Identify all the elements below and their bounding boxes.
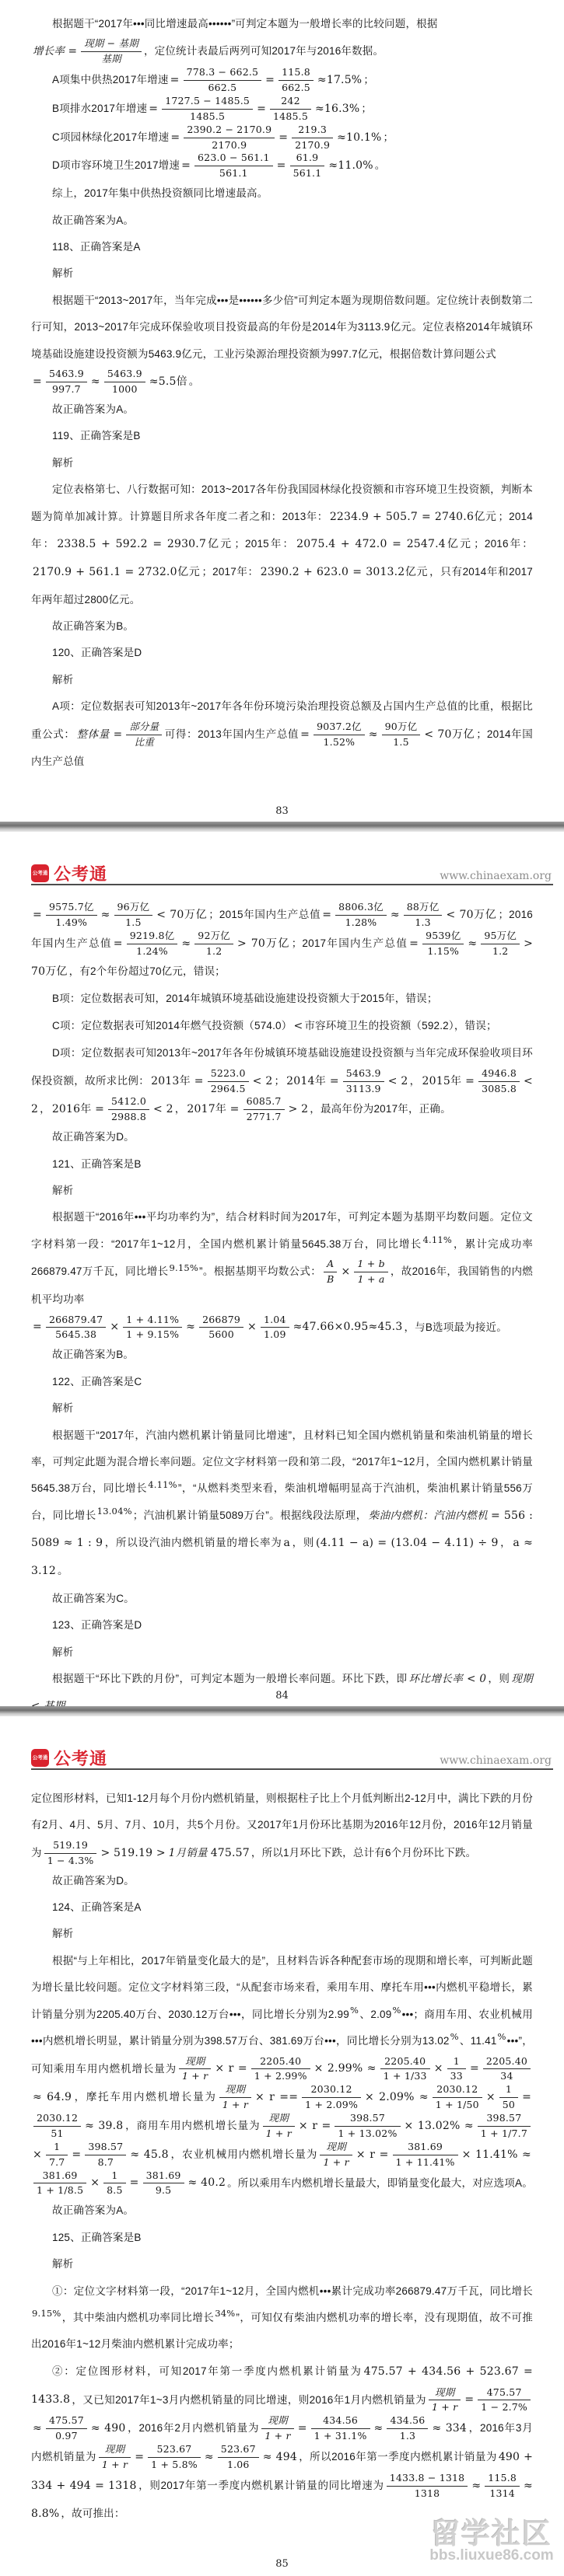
fraction-numerator: 现期: [219, 2083, 251, 2098]
fraction: 现期1 + r: [429, 2386, 461, 2415]
text-run: ②：定位图形材料，可知2017年第一季度内燃机累计销量为: [52, 2365, 363, 2377]
text-run: 。: [189, 375, 200, 387]
fraction-denominator: 1 + 9.15%: [123, 1328, 182, 1342]
fraction: 17.7: [46, 2141, 68, 2169]
paragraph: C项园林绿化2017年增速=2390.2 − 2170.92170.9=219.…: [31, 124, 533, 152]
text-run: 123、正确答案是D: [52, 1619, 142, 1631]
fraction-numerator: 8806.3亿: [335, 901, 387, 916]
fraction-denominator: B: [324, 1272, 337, 1286]
math-run: ≈47.66×0.95≈45.3: [292, 1321, 405, 1333]
fraction-numerator: 95万亿: [481, 930, 520, 944]
fraction-numerator: 现期: [179, 2055, 211, 2070]
text-run: 市容环境卫生的投资额（592.2），错误；: [304, 1020, 496, 1031]
fraction-numerator: 381.69: [143, 2169, 184, 2184]
superscript-percent: 34%: [214, 2308, 236, 2319]
fraction: 2390.2 − 2170.92170.9: [184, 124, 275, 152]
text-run: 故正确答案为C。: [52, 1593, 135, 1604]
text-run: 。: [58, 1565, 68, 1576]
fraction-numerator: 2030.12: [302, 2083, 361, 2098]
page-number: 84: [0, 1690, 564, 1702]
fraction-numerator: 219.3: [292, 124, 333, 138]
fraction-denominator: 1.5: [382, 735, 421, 749]
fraction: 9575.7亿1.49%: [46, 901, 97, 930]
paragraph: 125、正确答案是B: [31, 2225, 533, 2251]
fraction-numerator: 4946.8: [478, 1067, 520, 1082]
fraction-denominator: 1.28%: [335, 916, 387, 930]
fraction: 现期1 + r: [261, 2414, 293, 2443]
fraction-numerator: 475.57: [46, 2414, 87, 2429]
text-run: C项：定位数据表可知2014年燃气投资额（574.0）: [52, 1020, 292, 1031]
text-run: 解析: [52, 674, 73, 686]
fraction: 115.81314: [485, 2472, 520, 2501]
math-run: 2015年 =: [421, 1075, 477, 1087]
gongkaotong-logo-icon: 公考通: [31, 864, 49, 882]
text-run: 解析: [52, 1185, 73, 1196]
math-run: ×: [485, 2091, 497, 2103]
paragraph: 故正确答案为D。: [31, 1868, 533, 1894]
fraction-numerator: 623.0 − 561.1: [194, 152, 273, 166]
fraction-denominator: 5645.38: [46, 1328, 106, 1342]
text-run: ；2017年国内生产总值: [292, 937, 408, 949]
text-run: ；: [274, 1075, 285, 1087]
fraction-numerator: 398.57: [85, 2141, 126, 2155]
math-run: ×: [433, 2062, 445, 2075]
fraction: 9539亿1.15%: [422, 930, 464, 958]
text-run: 124、正确答案是A: [52, 1901, 142, 1913]
fraction-numerator: 398.57: [478, 2112, 531, 2127]
math-run: 2013年 =: [149, 1075, 205, 1087]
math-run: ×: [31, 2148, 44, 2161]
fraction-denominator: 1 − 2.7%: [478, 2400, 531, 2414]
math-run: ×: [246, 1321, 258, 1333]
math-run: 2016年 =: [51, 1103, 106, 1115]
paragraph: 定位表格第七、八行数据可知：2013~2017各年份我国园林绿化投资额和市容环境…: [31, 476, 533, 613]
math-run: =: [408, 937, 420, 950]
paragraph: 解析: [31, 667, 533, 693]
fraction-denominator: 34: [483, 2069, 531, 2083]
paragraph: ①：定位文字材料第一段，“2017年1~12月，全国内燃机•••累计完成功率26…: [31, 2278, 533, 2358]
fraction: 现期1 + r: [179, 2055, 211, 2084]
math-run: ≈17.5%: [316, 74, 363, 86]
fraction-denominator: 662.5: [184, 81, 262, 95]
paragraph: B项：定位数据表可知，2014年城镇环境基础设施建设投资额大于2015年，错误；: [31, 986, 533, 1012]
math-run: ≈16.3%: [314, 103, 361, 115]
fraction-denominator: 1000: [104, 382, 145, 396]
fraction: 现期1 + r: [320, 2141, 352, 2169]
math-run: × r =: [355, 2148, 391, 2161]
math-run: 2170.9 + 561.1 = 2732.0亿元: [31, 566, 201, 578]
fraction: 9219.8亿1.24%: [127, 930, 178, 958]
text-run: 故正确答案为B。: [52, 1349, 134, 1360]
fraction: 519.191 − 4.3%: [44, 1839, 97, 1868]
text-run: ，: [40, 1103, 51, 1115]
text-run: 根据题干“2017年•••同比增速最高••••••”可判定本题为一般增长率的比较…: [52, 18, 438, 30]
math-run: =: [31, 909, 44, 921]
fraction: 398.578.7: [85, 2141, 126, 2169]
math-run: < 2: [387, 1075, 410, 1087]
fraction: 8806.3亿1.28%: [335, 901, 387, 930]
fraction-denominator: 1.2: [194, 944, 233, 958]
paragraph: 故正确答案为B。: [31, 613, 533, 640]
paragraph: 122、正确答案是C: [31, 1369, 533, 1395]
paragraph: B项排水2017年增速=1727.5 − 1485.51485.5=242148…: [31, 95, 533, 124]
fraction: 5463.93113.9: [343, 1067, 384, 1096]
math-run: ×: [339, 1265, 352, 1278]
paragraph: 综上，2017年集中供热投资额同比增速最高。: [31, 180, 533, 207]
math-run: =: [169, 131, 181, 144]
text-run: ”。根据基期平均数公式：: [199, 1265, 321, 1277]
paragraph: C项：定位数据表可知2014年燃气投资额（574.0）<市容环境卫生的投资额（5…: [31, 1013, 533, 1041]
fraction: AB: [324, 1258, 337, 1286]
math-run: =: [70, 2148, 82, 2161]
math-run: ≈ 494: [261, 2451, 299, 2463]
fraction-denominator: 1 + 1/33: [380, 2069, 430, 2083]
math-run: ≈: [89, 375, 102, 388]
fraction-numerator: 1: [447, 2055, 466, 2070]
fraction-denominator: 5600: [199, 1328, 243, 1342]
fraction-numerator: 523.67: [218, 2443, 259, 2458]
fraction-numerator: 9219.8亿: [127, 930, 178, 944]
fraction: 2030.121 + 1/50: [433, 2083, 482, 2112]
fraction: 1 + b1 + a: [354, 1258, 387, 1286]
fraction-numerator: 6085.7: [243, 1095, 285, 1110]
fraction: 1 + 4.11%1 + 9.15%: [123, 1314, 182, 1342]
text-run: ；: [361, 103, 372, 114]
text-run: ，: [500, 1537, 512, 1548]
fraction-numerator: 1: [46, 2141, 68, 2155]
page-separator-bar: [0, 1706, 564, 1716]
brand-title: 公考通: [54, 1746, 107, 1770]
math-run: =: [296, 2422, 309, 2435]
math-run: > 70万亿: [236, 937, 292, 950]
fraction-denominator: 3113.9: [343, 1082, 384, 1096]
fraction-numerator: 434.56: [311, 2414, 370, 2429]
paragraph: A项：定位数据表可知2013年~2017年各年份环境污染治理投资总额及占国内生产…: [31, 693, 533, 776]
math-run: =: [468, 2062, 481, 2075]
math-run: < 70万亿: [155, 909, 208, 921]
fraction-numerator: 778.3 − 662.5: [184, 66, 262, 81]
text-run: B项：定位数据表可知，2014年城镇环境基础设施建设投资额大于2015年，错误；: [52, 993, 438, 1004]
text-run: 故正确答案为A。: [52, 215, 134, 226]
paragraph: D项：定位数据表可知2013年~2017年各年份城镇环境基础设施建设投资额与当年…: [31, 1040, 533, 1124]
math-run: > 2: [287, 1103, 310, 1115]
fraction: 5463.9997.7: [46, 368, 87, 396]
page-83: 根据题干“2017年•••同比增速最高••••••”可判定本题为一般增长率的比较…: [0, 0, 564, 822]
paragraph: 119、正确答案是B: [31, 423, 533, 449]
math-run: ≈: [367, 728, 380, 741]
fraction-numerator: 2390.2 − 2170.9: [184, 124, 275, 138]
math-run: ≈: [470, 2480, 482, 2492]
text-run: ，: [410, 1075, 421, 1087]
text-run: 故正确答案为A。: [52, 2204, 134, 2216]
math-run: × r =: [213, 2062, 248, 2075]
fraction-denominator: 1 + 1/8.5: [33, 2183, 86, 2197]
math-term: 1月销量: [167, 1847, 209, 1859]
math-run: =: [255, 103, 268, 115]
fraction-numerator: 1 + b: [354, 1258, 387, 1272]
fraction-denominator: 1.06: [218, 2458, 259, 2472]
fraction: 5463.91000: [104, 368, 145, 396]
text-run: ，商用车用内燃机增长量为: [124, 2120, 260, 2131]
superscript-percent: %: [391, 2005, 401, 2016]
fraction-numerator: 115.8: [485, 2472, 520, 2487]
fraction-numerator: A: [324, 1258, 337, 1272]
text-run: 、2.09: [359, 2009, 391, 2020]
fraction-denominator: 1314: [485, 2487, 520, 2501]
site-header: 公考通公考通www.chinaexam.org: [0, 1716, 564, 1775]
superscript-percent: %: [497, 2031, 507, 2042]
text-run: ，定位统计表最后两列可知2017年与2016年数据。: [144, 45, 384, 57]
fraction-denominator: 比重: [126, 735, 162, 749]
math-run: ≈10.1%: [335, 131, 383, 144]
fraction-numerator: 5223.0: [208, 1067, 249, 1082]
fraction: 2030.1251: [33, 2112, 81, 2141]
math-run: ≈5.5倍: [148, 375, 189, 388]
fraction: 2030.121 + 2.09%: [302, 2083, 361, 2112]
math-run: ≈: [466, 937, 478, 950]
text-run: 故正确答案为D。: [52, 1875, 135, 1887]
text-run: 118、正确答案是A: [52, 241, 141, 253]
fraction-numerator: 现期: [320, 2141, 352, 2155]
fraction: 434.561 + 31.1%: [311, 2414, 370, 2443]
fraction-numerator: 96万亿: [114, 901, 153, 916]
fraction-numerator: 523.67: [148, 2443, 201, 2458]
fraction-numerator: 2030.12: [33, 2112, 81, 2127]
superscript-percent: %: [349, 2005, 359, 2016]
fraction-denominator: 9.5: [143, 2183, 184, 2197]
text-run: ，所以2016年第一季度内燃机累计销量为: [299, 2451, 497, 2463]
fraction: 1433.8 − 13181318: [387, 2472, 468, 2501]
text-run: ，有2个年份超过70亿元，错误；: [69, 965, 226, 977]
fraction-denominator: 1 + r: [261, 2429, 293, 2443]
math-run: 2338.5 + 592.2 = 2930.7亿元: [55, 538, 234, 550]
text-run: ，则: [488, 1673, 510, 1684]
fraction-denominator: 1.2: [481, 944, 520, 958]
math-term: 柴油内燃机：汽油内燃机: [367, 1510, 489, 1522]
math-run: × 11.41% ≈: [461, 2148, 533, 2161]
text-run: ，最高年份为2017年，正确。: [310, 1103, 451, 1115]
paragraph: 120、正确答案是D: [31, 640, 533, 666]
fraction-denominator: 1 + r: [263, 2127, 295, 2141]
math-run: =: [275, 159, 288, 172]
superscript-percent: 13.04%: [96, 1506, 133, 1517]
paragraph: 根据“与上年相比，2017年销量变化最大的是”，且材料告诉各种配套市场的现期和增…: [31, 1948, 533, 2197]
fraction-denominator: 1 + r: [320, 2155, 352, 2169]
fraction-numerator: 现期: [99, 2443, 131, 2458]
math-run: ×: [108, 1321, 121, 1333]
fraction-denominator: 1.15%: [422, 944, 464, 958]
text-run: 解析: [52, 2258, 73, 2270]
paragraph: 故正确答案为A。: [31, 2197, 533, 2224]
fraction-numerator: 115.8: [278, 66, 314, 81]
paragraph: 故正确答案为A。: [31, 208, 533, 234]
text-run: 综上，2017年集中供热投资额同比增速最高。: [52, 187, 268, 199]
fraction-denominator: 基期: [81, 52, 142, 66]
paragraph: =9575.7亿1.49%≈96万亿1.5< 70万亿；2015年国内生产总值=…: [31, 901, 533, 986]
text-run: ，所以设汽油内燃机销量的增长率为: [104, 1537, 282, 1548]
fraction-numerator: 1.04: [261, 1314, 289, 1328]
text-run: ；2015年：: [234, 538, 295, 550]
fraction-denominator: 1.3: [387, 2429, 428, 2443]
fraction-denominator: 1 + r: [219, 2098, 251, 2112]
superscript-percent: 4.11%: [147, 1479, 178, 1490]
math-run: 2075.4 + 472.0 = 2547.4亿元: [295, 538, 474, 550]
text-run: 119、正确答案是B: [52, 430, 141, 442]
page-number: 85: [0, 2558, 564, 2570]
math-run: =: [264, 74, 276, 86]
paragraph: 增长率 =现期 − 基期基期，定位统计表最后两列可知2017年与2016年数据。: [31, 37, 533, 66]
text-run: C项园林绿化2017年增速: [52, 131, 169, 143]
fraction-denominator: 1 + 1/7.7: [478, 2127, 531, 2141]
fraction-denominator: 1 + r: [99, 2458, 131, 2472]
paragraph: 解析: [31, 450, 533, 476]
paragraph: 根据题干“2016年•••平均功率约为”，结合材料时间为2017年，可判定本题为…: [31, 1204, 533, 1313]
fraction: 部分量比重: [126, 721, 162, 749]
text-run: 。: [375, 159, 386, 171]
math-run: ≈: [31, 2422, 44, 2435]
text-run: ，所以1月环比下跌，总计有6个月份环比下跌。: [251, 1847, 476, 1859]
fraction: 523.671 + 5.8%: [148, 2443, 201, 2472]
text-run: ，则: [292, 1537, 314, 1548]
fraction-numerator: 现期 − 基期: [81, 37, 142, 52]
text-run: 故正确答案为D。: [52, 1131, 135, 1143]
fraction-numerator: 1 + 4.11%: [123, 1314, 182, 1328]
math-run: ≈: [373, 2422, 385, 2435]
math-run: ≈11.0%: [327, 159, 374, 172]
math-run: =: [31, 375, 44, 388]
fraction-denominator: 1.5: [114, 916, 153, 930]
fraction: 96万亿1.5: [114, 901, 153, 930]
fraction: 475.570.97: [46, 2414, 87, 2443]
fraction: 623.0 − 561.1561.1: [194, 152, 273, 180]
paragraph: 故正确答案为B。: [31, 1342, 533, 1368]
math-run: ≈ 490: [89, 2422, 128, 2435]
math-run: =: [133, 2451, 145, 2463]
fraction-denominator: 1318: [387, 2487, 468, 2501]
math-run: × 2.99% ≈: [313, 2062, 378, 2075]
fraction: 4946.83085.8: [478, 1067, 520, 1096]
math-run: =: [321, 909, 333, 921]
fraction-denominator: 1 + 13.02%: [335, 2127, 400, 2141]
fraction-numerator: 1727.5 − 1485.5: [162, 95, 253, 110]
text-run: 解析: [52, 1402, 73, 1414]
fraction: 5223.02964.5: [208, 1067, 249, 1096]
fraction: 778.3 − 662.5662.5: [184, 66, 262, 95]
fraction-numerator: 398.57: [335, 2112, 400, 2127]
fraction: 88万亿1.3: [404, 901, 443, 930]
text-run: 解析: [52, 267, 73, 279]
fraction-denominator: 2170.9: [292, 138, 333, 152]
fraction: 150: [499, 2083, 518, 2112]
paragraph: 故正确答案为A。: [31, 396, 533, 423]
math-run: 475.57: [209, 1847, 251, 1859]
fraction-numerator: 519.19: [44, 1839, 97, 1854]
fraction: 6085.72771.7: [243, 1095, 285, 1124]
paragraph: =266879.475645.38×1 + 4.11%1 + 9.15%≈266…: [31, 1314, 533, 1342]
math-run: × r ==: [254, 2091, 300, 2103]
fraction: 398.571 + 1/7.7: [478, 2112, 531, 2141]
fraction-denominator: 1.09: [261, 1328, 289, 1342]
text-run: A项集中供热2017年增速: [52, 74, 169, 86]
math-run: =: [31, 1321, 44, 1333]
text-run: ；: [384, 131, 394, 143]
paragraph: 124、正确答案是A: [31, 1894, 533, 1921]
math-run: =: [128, 2176, 141, 2189]
text-run: ，与B选项最为接近。: [404, 1321, 507, 1332]
page-84: =9575.7亿1.49%≈96万亿1.5< 70万亿；2015年国内生产总值=…: [0, 890, 564, 1706]
fraction-numerator: 90万亿: [382, 721, 421, 735]
fraction: 9037.2亿1.52%: [314, 721, 365, 749]
superscript-percent: 9.15%: [168, 1262, 199, 1273]
paragraph: 121、正确答案是B: [31, 1151, 533, 1178]
math-run: =: [299, 728, 311, 741]
fraction: 2421485.5: [270, 95, 311, 124]
math-run: 2390.2 + 623.0 = 3013.2亿元: [259, 566, 429, 578]
fraction: 2668795600: [199, 1314, 243, 1342]
math-term: 整体量 =: [75, 728, 124, 741]
math-run: ≈: [180, 937, 192, 950]
superscript-percent: %: [450, 2031, 460, 2042]
fraction-numerator: 1: [499, 2083, 518, 2098]
fraction-numerator: 9539亿: [422, 930, 464, 944]
fraction-numerator: 9575.7亿: [46, 901, 97, 916]
paragraph: 解析: [31, 1639, 533, 1666]
fraction-denominator: 1 + 5.8%: [148, 2458, 201, 2472]
text-run: ，农业机械用内燃机增长量为: [170, 2148, 318, 2160]
text-run: 解析: [52, 1646, 73, 1658]
paragraph: ②：定位图形材料，可知2017年第一季度内燃机累计销量为475.57 + 434…: [31, 2358, 533, 2528]
fraction: 2205.401 + 1/33: [380, 2055, 430, 2084]
fraction-denominator: 662.5: [278, 81, 314, 95]
fraction-numerator: 434.56: [387, 2414, 428, 2429]
math-run: × 13.02% ≈: [403, 2120, 475, 2132]
math-run: ≈ 39.8: [83, 2120, 124, 2132]
text-run: 根据题干“2013~2017年，当年完成•••是••••••多少倍”可判定本题为…: [31, 295, 533, 360]
fraction-numerator: 5463.9: [46, 368, 87, 382]
text-run: ，其中柴油内燃机功率同比增长: [62, 2312, 215, 2323]
superscript-percent: 4.11%: [422, 1234, 453, 1245]
fraction: 现期1 + r: [219, 2083, 251, 2112]
math-run: ≈ 64.9: [31, 2091, 73, 2103]
paragraph: 故正确答案为C。: [31, 1586, 533, 1612]
fraction: 90万亿1.5: [382, 721, 421, 749]
math-run: =: [520, 2091, 533, 2103]
math-run: ≈ 45.8: [128, 2148, 170, 2161]
paragraph: =5463.9997.7≈5463.91000≈5.5倍。: [31, 368, 533, 396]
text-run: ；2015年国内生产总值: [208, 909, 321, 920]
text-run: ，故可推出：: [61, 2508, 124, 2519]
fraction-numerator: 现期: [261, 2414, 293, 2429]
page-separator-bar: [0, 822, 564, 832]
fraction: 381.691 + 1/8.5: [33, 2169, 86, 2198]
math-run: =: [147, 103, 159, 115]
math-run: (4.11 − a) = (13.04 − 4.11) ÷ 9: [314, 1537, 500, 1549]
text-run: 故正确答案为A。: [52, 403, 134, 415]
fraction-denominator: 2964.5: [208, 1082, 249, 1096]
math-run: < 2: [251, 1075, 275, 1087]
math-run: 2234.9 + 505.7 = 2740.6亿元: [328, 511, 499, 523]
math-run: 2017年 =: [185, 1103, 240, 1115]
fraction: 1.041.09: [261, 1314, 289, 1342]
math-term: 环比增长率 < 0: [408, 1673, 489, 1685]
text-run: 解析: [52, 1928, 73, 1939]
fraction-numerator: 1433.8 − 1318: [387, 2472, 468, 2487]
fraction-denominator: 1 + 2.09%: [302, 2098, 361, 2112]
fraction: 2205.401 + 2.99%: [251, 2055, 310, 2084]
fraction-denominator: 1 + 11.41%: [393, 2155, 458, 2169]
text-run: 。所以乘用车内燃机增长量最大，即销量变化最大，对应选项A。: [227, 2176, 533, 2188]
math-run: 2014年 =: [285, 1075, 341, 1087]
